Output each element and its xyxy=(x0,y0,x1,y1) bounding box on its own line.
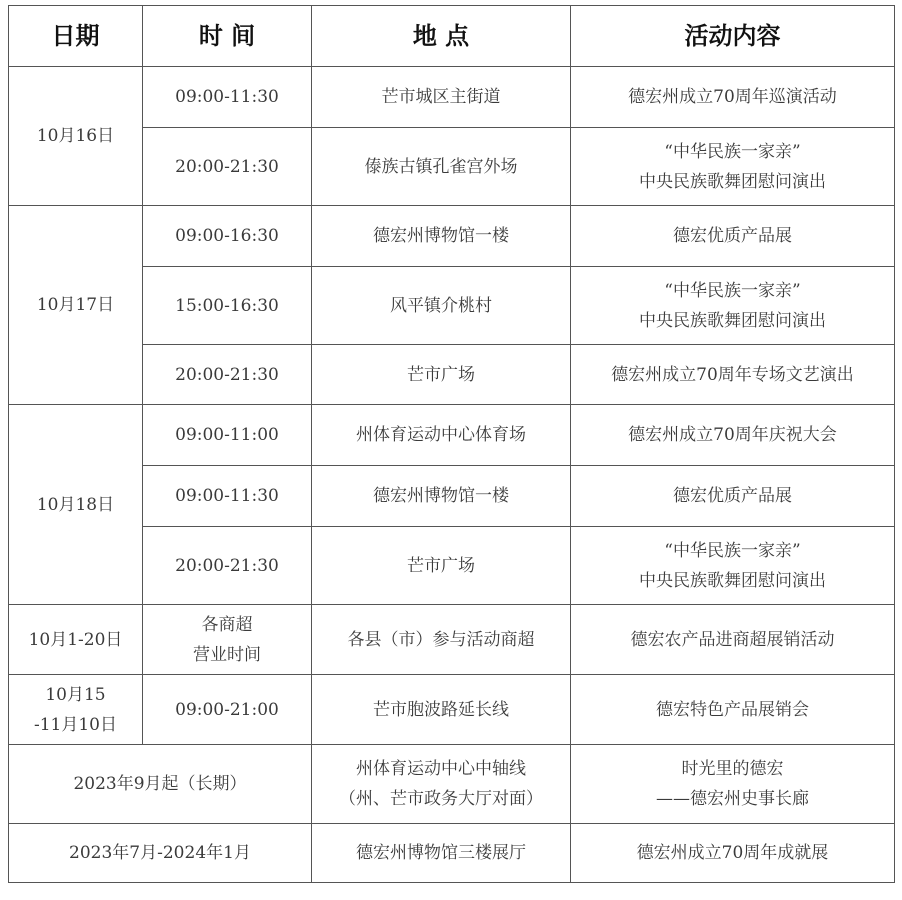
header-time: 时 间 xyxy=(143,6,312,67)
time-cell: 20:00-21:30 xyxy=(143,345,312,405)
time-cell: 20:00-21:30 xyxy=(143,527,312,605)
place-cell: 州体育运动中心体育场 xyxy=(312,405,571,466)
table-row: 10月16日 09:00-11:30 芒市城区主街道 德宏州成立70周年巡演活动 xyxy=(9,67,895,128)
table-row: 10月17日 09:00-16:30 德宏州博物馆一楼 德宏优质产品展 xyxy=(9,206,895,267)
place-cell: 各县（市）参与活动商超 xyxy=(312,605,571,675)
table-row: 10月15 -11月10日 09:00-21:00 芒市胞波路延长线 德宏特色产… xyxy=(9,675,895,745)
place-line: 州体育运动中心中轴线 xyxy=(314,754,568,784)
time-line: 营业时间 xyxy=(145,640,309,670)
table-row: 10月1-20日 各商超 营业时间 各县（市）参与活动商超 德宏农产品进商超展销… xyxy=(9,605,895,675)
time-cell: 09:00-11:30 xyxy=(143,67,312,128)
activity-line: “中华民族一家亲” xyxy=(573,137,892,167)
place-cell: 州体育运动中心中轴线 （州、芒市政务大厅对面） xyxy=(312,745,571,824)
table-row: 10月18日 09:00-11:00 州体育运动中心体育场 德宏州成立70周年庆… xyxy=(9,405,895,466)
period-cell: 2023年9月起（长期） xyxy=(9,745,312,824)
activity-cell: “中华民族一家亲” 中央民族歌舞团慰问演出 xyxy=(571,128,895,206)
activity-line: ——德宏州史事长廊 xyxy=(573,784,892,814)
time-cell: 09:00-16:30 xyxy=(143,206,312,267)
date-cell: 10月15 -11月10日 xyxy=(9,675,143,745)
place-cell: 芒市广场 xyxy=(312,527,571,605)
place-cell: 芒市胞波路延长线 xyxy=(312,675,571,745)
date-cell: 10月16日 xyxy=(9,67,143,206)
activity-cell: 德宏州成立70周年专场文艺演出 xyxy=(571,345,895,405)
time-cell: 09:00-11:30 xyxy=(143,466,312,527)
time-cell: 09:00-11:00 xyxy=(143,405,312,466)
place-cell: 风平镇介桃村 xyxy=(312,267,571,345)
activity-cell: 德宏州成立70周年成就展 xyxy=(571,824,895,883)
date-line: -11月10日 xyxy=(11,710,140,740)
activity-cell: 德宏优质产品展 xyxy=(571,206,895,267)
time-cell: 15:00-16:30 xyxy=(143,267,312,345)
header-place: 地 点 xyxy=(312,6,571,67)
activity-cell: 德宏农产品进商超展销活动 xyxy=(571,605,895,675)
place-line: （州、芒市政务大厅对面） xyxy=(314,784,568,814)
date-cell: 10月18日 xyxy=(9,405,143,605)
activity-line: 中央民族歌舞团慰问演出 xyxy=(573,167,892,197)
period-cell: 2023年7月-2024年1月 xyxy=(9,824,312,883)
date-line: 10月15 xyxy=(11,680,140,710)
header-activity: 活动内容 xyxy=(571,6,895,67)
place-cell: 傣族古镇孔雀宫外场 xyxy=(312,128,571,206)
activity-line: 时光里的德宏 xyxy=(573,754,892,784)
time-cell: 09:00-21:00 xyxy=(143,675,312,745)
place-cell: 德宏州博物馆三楼展厅 xyxy=(312,824,571,883)
time-line: 各商超 xyxy=(145,610,309,640)
date-cell: 10月17日 xyxy=(9,206,143,405)
header-date: 日期 xyxy=(9,6,143,67)
activity-line: “中华民族一家亲” xyxy=(573,276,892,306)
activity-line: 中央民族歌舞团慰问演出 xyxy=(573,306,892,336)
place-cell: 德宏州博物馆一楼 xyxy=(312,206,571,267)
event-schedule-table: 日期 时 间 地 点 活动内容 10月16日 09:00-11:30 芒市城区主… xyxy=(8,5,895,883)
header-row: 日期 时 间 地 点 活动内容 xyxy=(9,6,895,67)
activity-line: “中华民族一家亲” xyxy=(573,536,892,566)
time-cell: 各商超 营业时间 xyxy=(143,605,312,675)
activity-cell: “中华民族一家亲” 中央民族歌舞团慰问演出 xyxy=(571,527,895,605)
time-cell: 20:00-21:30 xyxy=(143,128,312,206)
date-cell: 10月1-20日 xyxy=(9,605,143,675)
activity-cell: “中华民族一家亲” 中央民族歌舞团慰问演出 xyxy=(571,267,895,345)
table-row: 2023年9月起（长期） 州体育运动中心中轴线 （州、芒市政务大厅对面） 时光里… xyxy=(9,745,895,824)
activity-cell: 德宏州成立70周年巡演活动 xyxy=(571,67,895,128)
activity-cell: 时光里的德宏 ——德宏州史事长廊 xyxy=(571,745,895,824)
table-row: 2023年7月-2024年1月 德宏州博物馆三楼展厅 德宏州成立70周年成就展 xyxy=(9,824,895,883)
activity-line: 中央民族歌舞团慰问演出 xyxy=(573,566,892,596)
place-cell: 德宏州博物馆一楼 xyxy=(312,466,571,527)
activity-cell: 德宏优质产品展 xyxy=(571,466,895,527)
place-cell: 芒市广场 xyxy=(312,345,571,405)
place-cell: 芒市城区主街道 xyxy=(312,67,571,128)
activity-cell: 德宏特色产品展销会 xyxy=(571,675,895,745)
activity-cell: 德宏州成立70周年庆祝大会 xyxy=(571,405,895,466)
